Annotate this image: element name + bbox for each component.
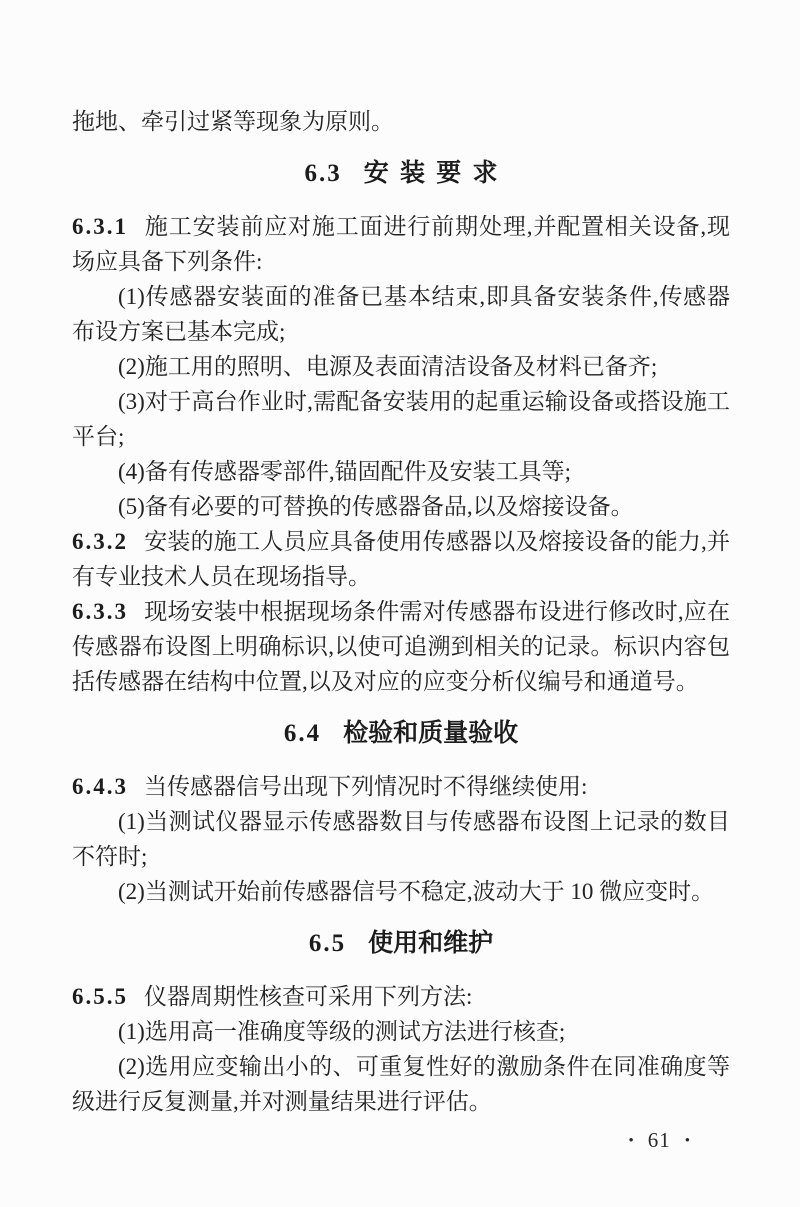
intro-paragraph: 拖地、牵引过紧等现象为原则。 [72, 104, 730, 139]
section-number: 6.5 [309, 930, 346, 957]
clause-6-3-2: 6.3.2安装的施工人员应具备使用传感器以及熔接设备的能力,并有专业技术人员在现… [72, 524, 730, 594]
clause-text: 当传感器信号出现下列情况时不得继续使用: [144, 774, 587, 799]
footer-right-dot: • [685, 1133, 690, 1149]
clause-6-3-3: 6.3.3现场安装中根据现场条件需对传感器布设进行修改时,应在传感器布设图上明确… [72, 594, 730, 699]
section-title: 使用和维护 [368, 929, 493, 957]
section-heading-6-5: 6.5使用和维护 [72, 925, 730, 962]
list-item: (4)备有传感器零部件,锚固配件及安装工具等; [72, 454, 730, 489]
section-number: 6.4 [284, 720, 321, 747]
clause-text: 仪器周期性核查可采用下列方法: [144, 984, 472, 1009]
clause-number: 6.3.1 [72, 214, 128, 239]
clause-6-4-3: 6.4.3当传感器信号出现下列情况时不得继续使用: [72, 769, 730, 804]
page-footer: •61• [72, 1125, 730, 1156]
clause-number: 6.3.3 [72, 599, 128, 624]
list-item: (2)当测试开始前传感器信号不稳定,波动大于 10 微应变时。 [72, 874, 730, 909]
clause-number: 6.4.3 [72, 774, 128, 799]
list-item: (1)选用高一准确度等级的测试方法进行核查; [72, 1014, 730, 1049]
clause-6-3-1: 6.3.1施工安装前应对施工面进行前期处理,并配置相关设备,现场应具备下列条件: [72, 209, 730, 279]
list-item: (3)对于高台作业时,需配备安装用的起重运输设备或搭设施工平台; [72, 384, 730, 454]
section-heading-6-3: 6.3安装要求 [72, 155, 730, 192]
clause-number: 6.5.5 [72, 984, 128, 1009]
list-item: (1)当测试仪器显示传感器数目与传感器布设图上记录的数目不符时; [72, 804, 730, 874]
document-page: 拖地、牵引过紧等现象为原则。 6.3安装要求 6.3.1施工安装前应对施工面进行… [0, 0, 800, 1207]
section-number: 6.3 [304, 160, 341, 187]
list-item: (2)施工用的照明、电源及表面清洁设备及材料已备齐; [72, 349, 730, 384]
section-heading-6-4: 6.4检验和质量验收 [72, 715, 730, 752]
clause-text: 施工安装前应对施工面进行前期处理,并配置相关设备,现场应具备下列条件: [72, 214, 730, 274]
section-title: 安装要求 [364, 159, 509, 187]
list-item: (1)传感器安装面的准备已基本结束,即具备安装条件,传感器布设方案已基本完成; [72, 279, 730, 349]
list-item: (2)选用应变输出小的、可重复性好的激励条件在同准确度等级进行反复测量,并对测量… [72, 1049, 730, 1119]
section-title: 检验和质量验收 [343, 719, 518, 747]
clause-6-5-5: 6.5.5仪器周期性核查可采用下列方法: [72, 979, 730, 1014]
clause-number: 6.3.2 [72, 529, 128, 554]
clause-text: 现场安装中根据现场条件需对传感器布设进行修改时,应在传感器布设图上明确标识,以使… [72, 599, 730, 694]
list-item: (5)备有必要的可替换的传感器备品,以及熔接设备。 [72, 489, 730, 524]
clause-text: 安装的施工人员应具备使用传感器以及熔接设备的能力,并有专业技术人员在现场指导。 [72, 529, 730, 589]
page-number: 61 [648, 1125, 671, 1155]
footer-left-dot: • [628, 1133, 633, 1149]
